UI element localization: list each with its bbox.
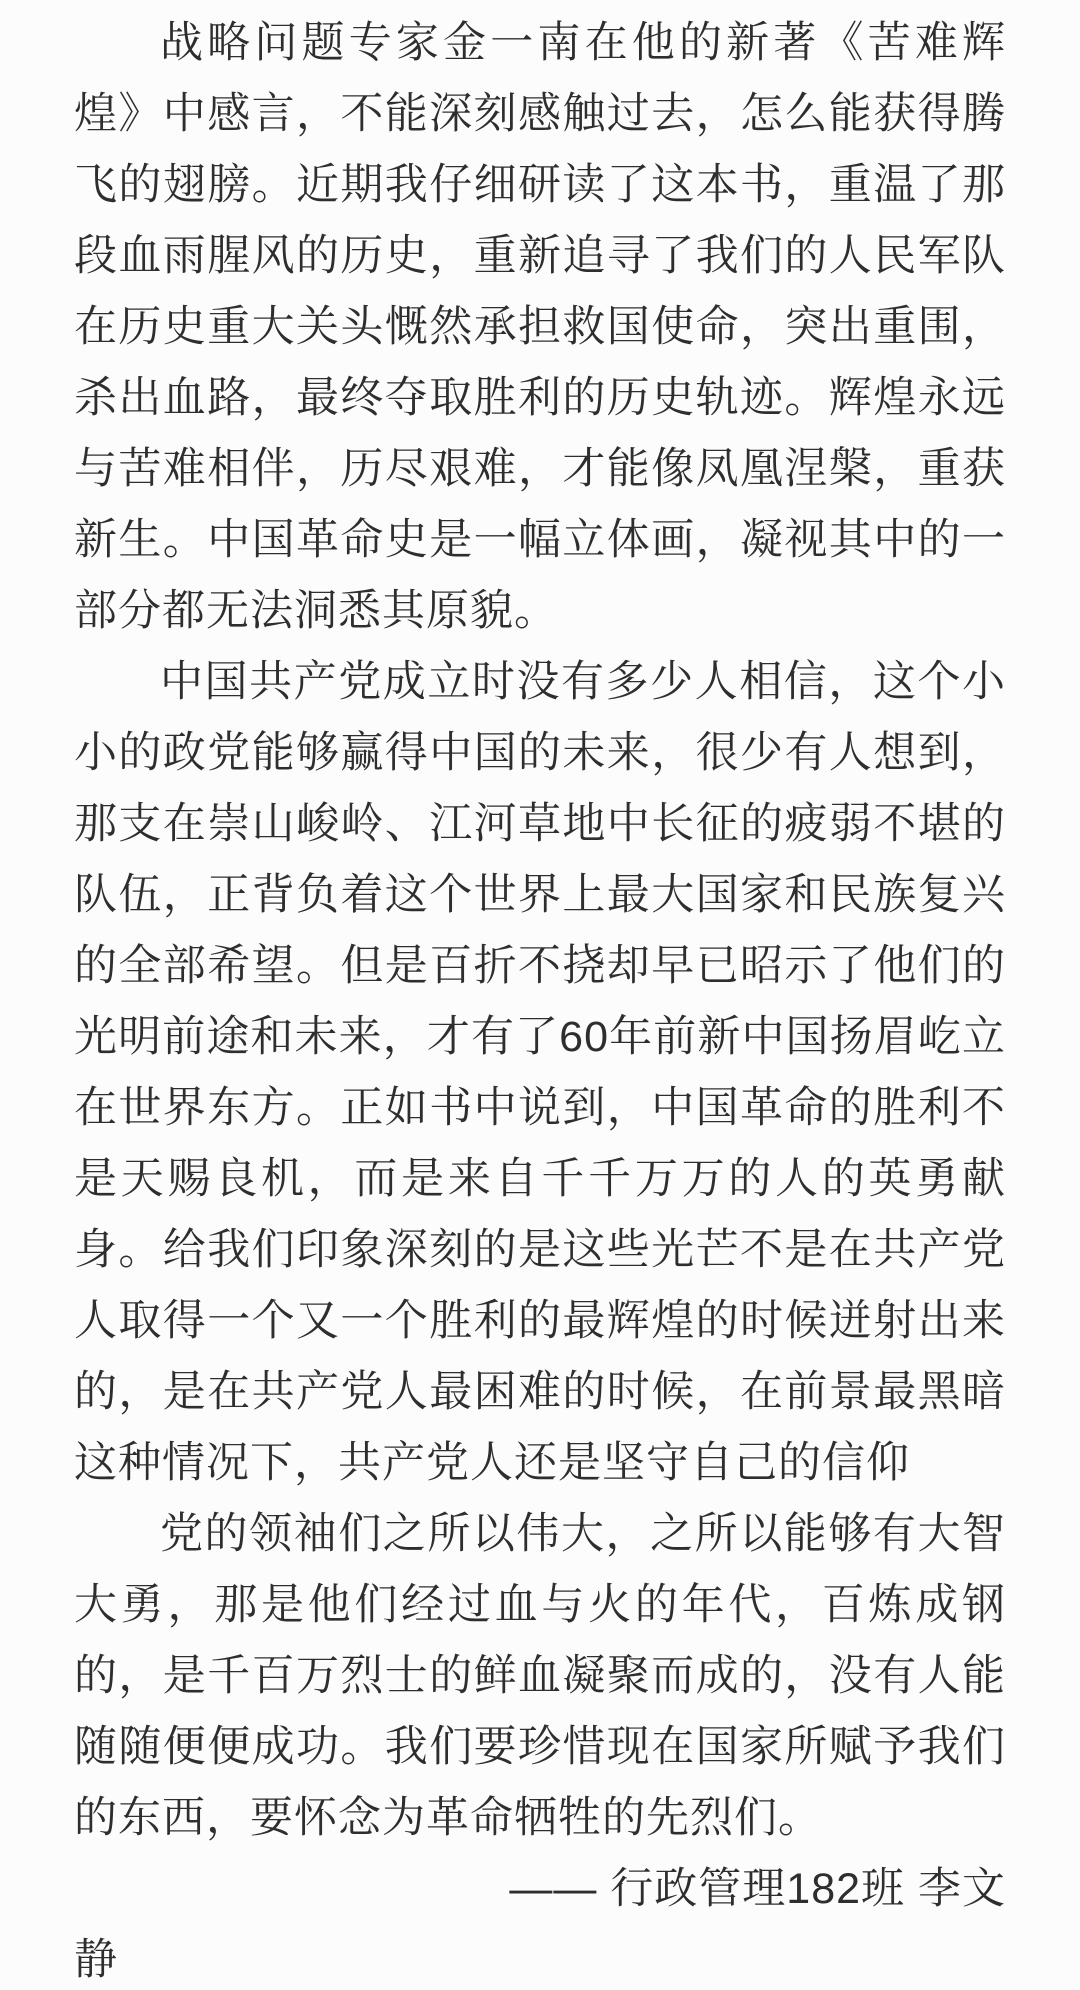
text-line: 党的领袖们之所以伟大，之所以能够有大智 [74,1499,1006,1570]
text-line: 人取得一个又一个胜利的最辉煌的时候迸射出来 [74,1286,1006,1357]
text-line: 杀出血路，最终夺取胜利的历史轨迹。辉煌永远 [74,363,1006,434]
text-line: 队伍，正背负着这个世界上最大国家和民族复兴 [74,860,1006,931]
signature-line: —— 行政管理182班 李文 [74,1854,1006,1925]
paragraph-3: 党的领袖们之所以伟大，之所以能够有大智 大勇，那是他们经过血与火的年代，百炼成钢… [74,1499,1006,1854]
text-line: 是天赐良机，而是来自千千万万的人的英勇献 [74,1144,1006,1215]
text-line: 部分都无法洞悉其原貌。 [74,576,1006,647]
text-line: 中国共产党成立时没有多少人相信，这个小 [74,647,1006,718]
text-line: 的，是在共产党人最困难的时候，在前景最黑暗 [74,1357,1006,1428]
signature: —— 行政管理182班 李文 静 [74,1854,1006,1990]
text-line: 这种情况下，共产党人还是坚守自己的信仰 [74,1428,1006,1499]
text-line: 随随便便成功。我们要珍惜现在国家所赋予我们 [74,1712,1006,1783]
text-line: 光明前途和未来，才有了60年前新中国扬眉屹立 [74,1002,1006,1073]
text-line: 段血雨腥风的历史，重新追寻了我们的人民军队 [74,221,1006,292]
text-line: 大勇，那是他们经过血与火的年代，百炼成钢 [74,1570,1006,1641]
paragraph-2: 中国共产党成立时没有多少人相信，这个小 小的政党能够赢得中国的未来，很少有人想到… [74,647,1006,1499]
signature-wrap-line: 静 [74,1925,1006,1990]
text-line: 新生。中国革命史是一幅立体画，凝视其中的一 [74,505,1006,576]
text-line: 在世界东方。正如书中说到，中国革命的胜利不 [74,1073,1006,1144]
text-line: 煌》中感言，不能深刻感触过去，怎么能获得腾 [74,79,1006,150]
paragraph-1: 战略问题专家金一南在他的新著《苦难辉 煌》中感言，不能深刻感触过去，怎么能获得腾… [74,8,1006,647]
essay-page: 战略问题专家金一南在他的新著《苦难辉 煌》中感言，不能深刻感触过去，怎么能获得腾… [0,0,1080,1990]
text-line: 的东西，要怀念为革命牺牲的先烈们。 [74,1783,1006,1854]
text-line: 战略问题专家金一南在他的新著《苦难辉 [74,8,1006,79]
text-line: 身。给我们印象深刻的是这些光芒不是在共产党 [74,1215,1006,1286]
text-line: 的，是千百万烈士的鲜血凝聚而成的，没有人能 [74,1641,1006,1712]
text-line: 飞的翅膀。近期我仔细研读了这本书，重温了那 [74,150,1006,221]
text-line: 与苦难相伴，历尽艰难，才能像凤凰涅槃，重获 [74,434,1006,505]
text-line: 那支在崇山峻岭、江河草地中长征的疲弱不堪的 [74,789,1006,860]
text-line: 的全部希望。但是百折不挠却早已昭示了他们的 [74,931,1006,1002]
text-line: 在历史重大关头慨然承担救国使命，突出重围， [74,292,1006,363]
text-line: 小的政党能够赢得中国的未来，很少有人想到， [74,718,1006,789]
